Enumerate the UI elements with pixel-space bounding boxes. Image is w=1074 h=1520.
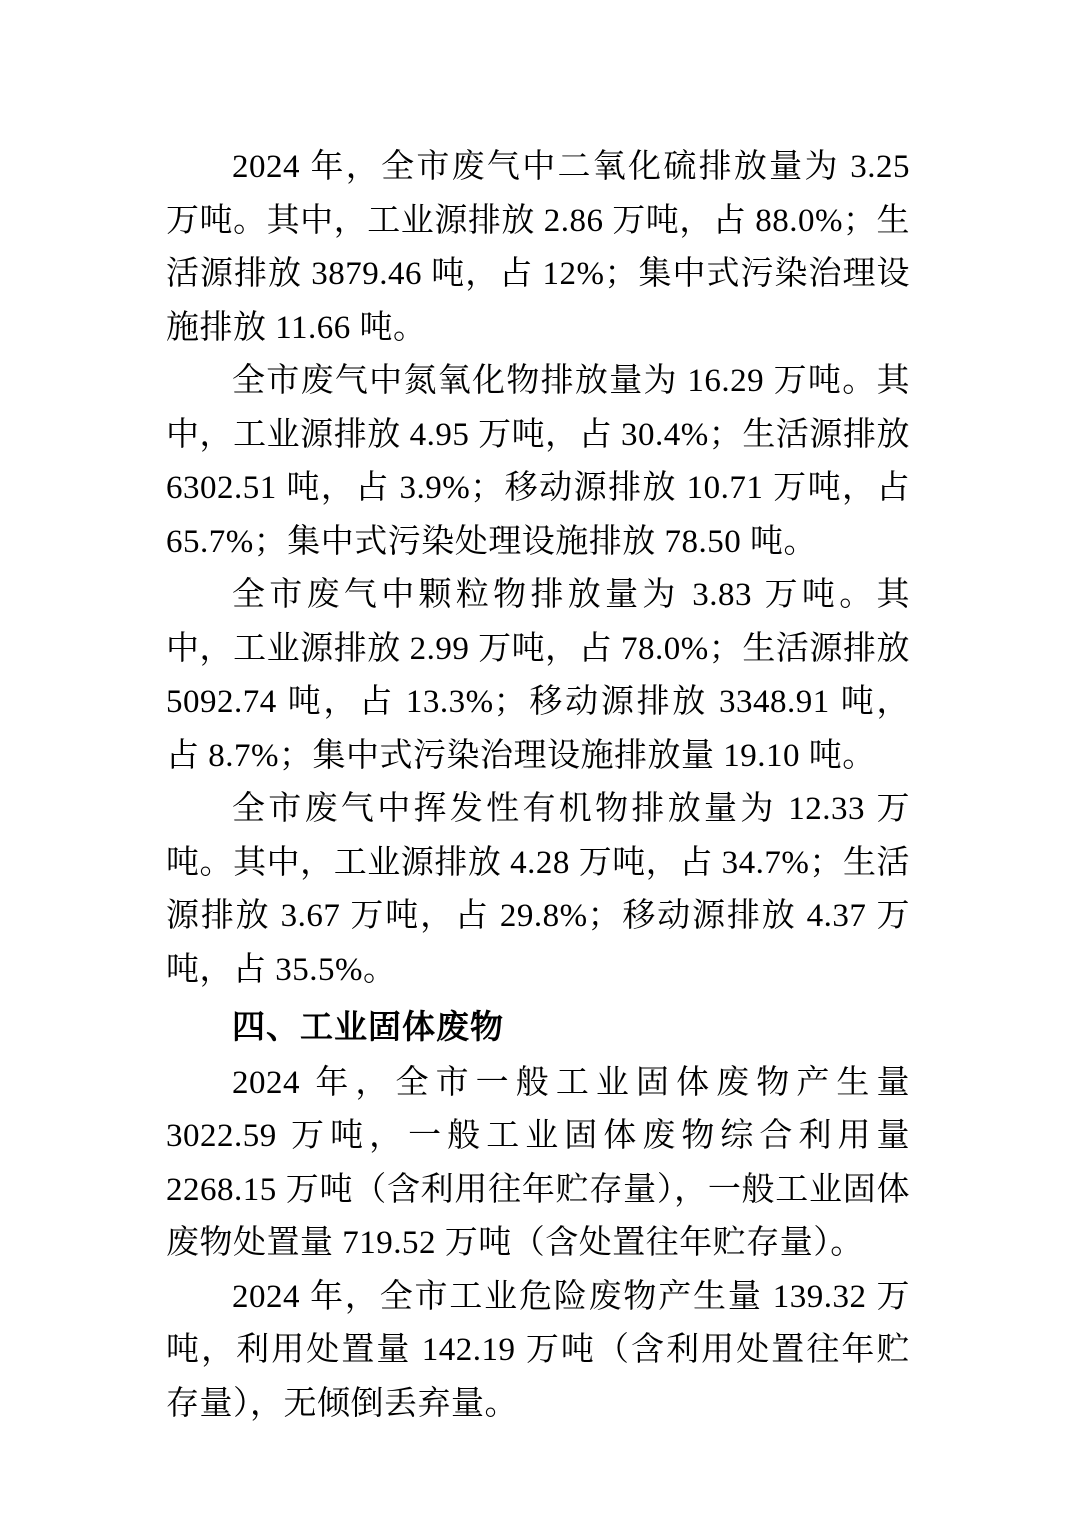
paragraph-so2-emissions: 2024 年，全市废气中二氧化硫排放量为 3.25 万吨。其中，工业源排放 2.… [166,141,910,355]
paragraph-voc-emissions: 全市废气中挥发性有机物排放量为 12.33 万吨。其中，工业源排放 4.28 万… [166,783,910,997]
paragraph-nox-emissions: 全市废气中氮氧化物排放量为 16.29 万吨。其中，工业源排放 4.95 万吨，… [166,355,910,569]
section-heading-industrial-solid-waste: 四、工业固体废物 [166,1000,910,1054]
document-body: 2024 年，全市废气中二氧化硫排放量为 3.25 万吨。其中，工业源排放 2.… [166,141,910,1431]
paragraph-particulate-emissions: 全市废气中颗粒物排放量为 3.83 万吨。其中，工业源排放 2.99 万吨，占 … [166,569,910,783]
paragraph-general-solid-waste: 2024 年，全市一般工业固体废物产生量 3022.59 万吨，一般工业固体废物… [166,1057,910,1271]
paragraph-hazardous-waste: 2024 年，全市工业危险废物产生量 139.32 万吨，利用处置量 142.1… [166,1271,910,1432]
document-page: 2024 年，全市废气中二氧化硫排放量为 3.25 万吨。其中，工业源排放 2.… [0,0,1074,1520]
